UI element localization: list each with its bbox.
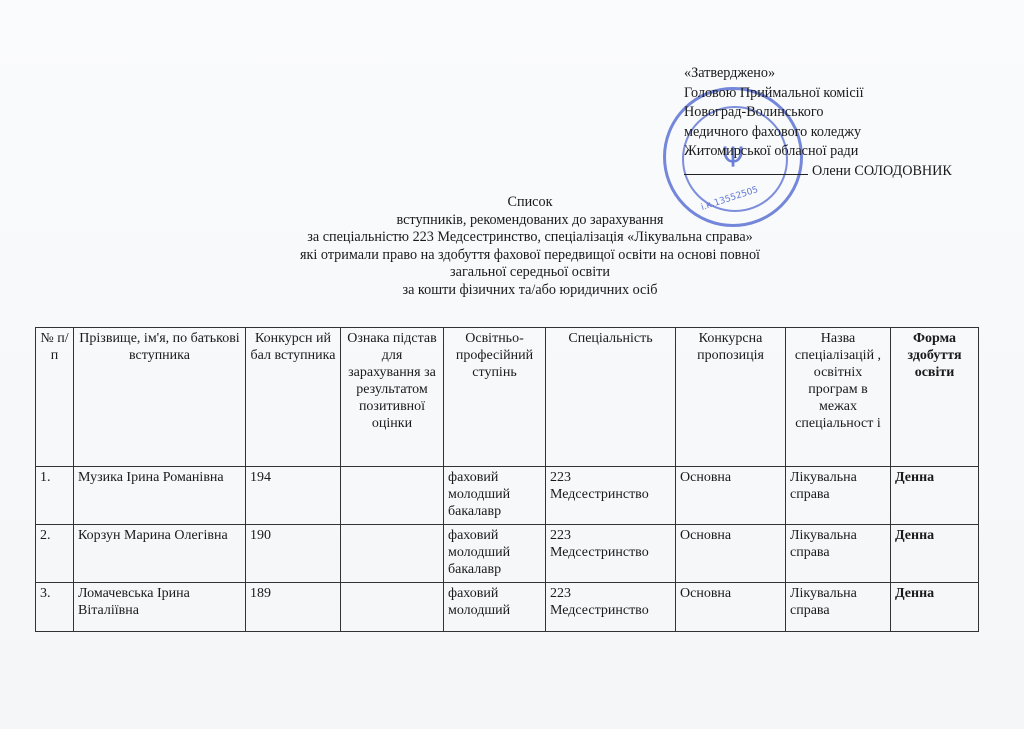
title-line: які отримали право на здобуття фахової п… [200,247,860,265]
approval-line: «Затверджено» [684,64,952,84]
cell-form: Денна [891,583,979,632]
table-row: 1. Музика Ірина Романівна 194 фаховий мо… [36,467,979,525]
approval-line: медичного фахового коледжу [684,123,952,143]
cell-specialty: 223 Медсестринство [546,525,676,583]
cell-form: Денна [891,525,979,583]
table-row: 2. Корзун Марина Олегівна 190 фаховий мо… [36,525,979,583]
cell-basis [341,467,444,525]
header-specialty: Спеціальність [546,328,676,467]
cell-program: Лікувальна справа [786,467,891,525]
signatory-name: Олени СОЛОДОВНИК [812,163,952,179]
signature-blank [684,162,808,175]
cell-name: Музика Ірина Романівна [74,467,246,525]
title-line: за спеціальністю 223 Медсестринство, спе… [200,229,860,247]
cell-name: Ломачевська Ірина Віталіївна [74,583,246,632]
cell-program: Лікувальна справа [786,583,891,632]
header-degree: Освітньо-професійний ступінь [444,328,546,467]
header-name: Прізвище, ім'я, по батькові вступника [74,328,246,467]
approval-line: Житомирської обласної ради [684,142,952,162]
applicants-table: № п/ п Прізвище, ім'я, по батькові вступ… [35,327,979,632]
table-row: 3. Ломачевська Ірина Віталіївна 189 фахо… [36,583,979,632]
cell-score: 194 [246,467,341,525]
cell-num: 2. [36,525,74,583]
cell-form: Денна [891,467,979,525]
header-form: Форма здобуття освіти [891,328,979,467]
document-title: Список вступників, рекомендованих до зар… [200,194,860,300]
cell-program: Лікувальна справа [786,525,891,583]
table-header-row: № п/ п Прізвище, ім'я, по батькові вступ… [36,328,979,467]
cell-basis [341,525,444,583]
cell-specialty: 223 Медсестринство [546,583,676,632]
cell-basis [341,583,444,632]
cell-offer: Основна [676,583,786,632]
cell-offer: Основна [676,467,786,525]
header-basis: Ознака підстав для зарахування за резуль… [341,328,444,467]
approval-block: «Затверджено» Головою Приймальної комісі… [684,64,952,181]
cell-degree: фаховий молодший бакалавр [444,467,546,525]
approval-line: Головою Приймальної комісії [684,84,952,104]
cell-specialty: 223 Медсестринство [546,467,676,525]
title-line: вступників, рекомендованих до зарахуванн… [200,212,860,230]
cell-degree: фаховий молодший [444,583,546,632]
cell-score: 190 [246,525,341,583]
header-score: Конкурсн ий бал вступника [246,328,341,467]
cell-num: 1. [36,467,74,525]
header-num: № п/ п [36,328,74,467]
header-program: Назва спеціалізацій , освітніх програм в… [786,328,891,467]
cell-degree: фаховий молодший бакалавр [444,525,546,583]
approval-line: Новоград-Волинського [684,103,952,123]
cell-name: Корзун Марина Олегівна [74,525,246,583]
header-offer: Конкурсна пропозиція [676,328,786,467]
cell-num: 3. [36,583,74,632]
title-line: загальної середньої освіти [200,264,860,282]
signature-line: Олени СОЛОДОВНИК [684,162,952,182]
cell-offer: Основна [676,525,786,583]
title-line: Список [200,194,860,212]
cell-score: 189 [246,583,341,632]
title-line: за кошти фізичних та/або юридичних осіб [200,282,860,300]
